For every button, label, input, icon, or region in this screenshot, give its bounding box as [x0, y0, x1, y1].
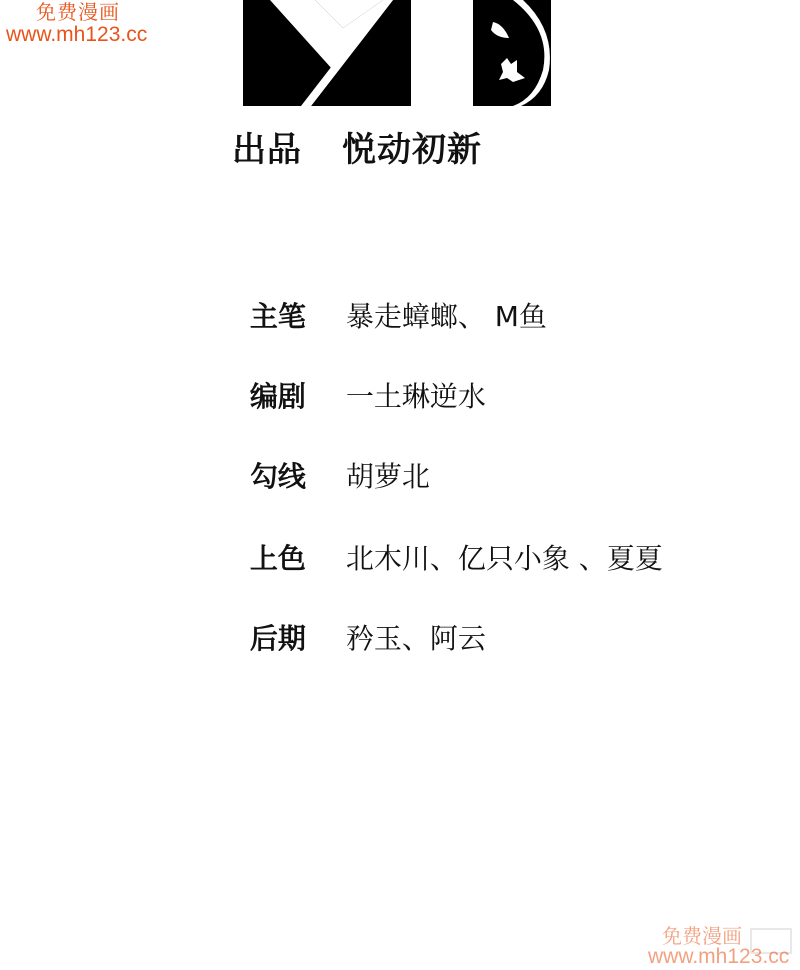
- producer-label: 出品: [232, 122, 302, 171]
- credit-names: 北木川、亿只小象 、夏夏: [346, 537, 663, 577]
- credit-role: 编剧: [250, 375, 346, 415]
- watermark-url: www.mh123.cc: [648, 946, 789, 967]
- watermark-top-left: 免费漫画 www.mh123.cc: [8, 2, 148, 45]
- studio-logo: [243, 0, 553, 110]
- credit-names: 矜玉、阿云: [346, 617, 486, 657]
- credit-role: 勾线: [250, 455, 346, 495]
- crescent-face-icon: [473, 0, 551, 106]
- credit-role: 主笔: [250, 295, 346, 335]
- watermark-url: www.mh123.cc: [6, 24, 148, 45]
- credit-row: 后期矜玉、阿云: [232, 584, 486, 657]
- producer-credit: 出品悦动初新: [232, 122, 482, 171]
- credit-row: 主笔暴走蟑螂、 M鱼: [232, 262, 547, 335]
- credit-names: 胡萝北: [346, 455, 430, 495]
- watermark-bottom-right: 免费漫画 www.mh123.cc: [648, 926, 789, 967]
- credit-row: 勾线胡萝北: [232, 422, 430, 495]
- watermark-site-name: 免费漫画: [662, 926, 789, 946]
- watermark-site-name: 免费漫画: [8, 2, 148, 22]
- credit-row: 上色北木川、亿只小象 、夏夏: [232, 504, 663, 577]
- credit-role: 上色: [250, 537, 346, 577]
- credit-role: 后期: [250, 617, 346, 657]
- credit-row: 编剧一土琳逆水: [232, 342, 486, 415]
- producer-name: 悦动初新: [342, 122, 482, 171]
- credit-names: 暴走蟑螂、 M鱼: [346, 295, 547, 335]
- stylized-y-icon: [243, 0, 411, 106]
- logo-graphic: [243, 0, 553, 106]
- credit-names: 一土琳逆水: [346, 375, 486, 415]
